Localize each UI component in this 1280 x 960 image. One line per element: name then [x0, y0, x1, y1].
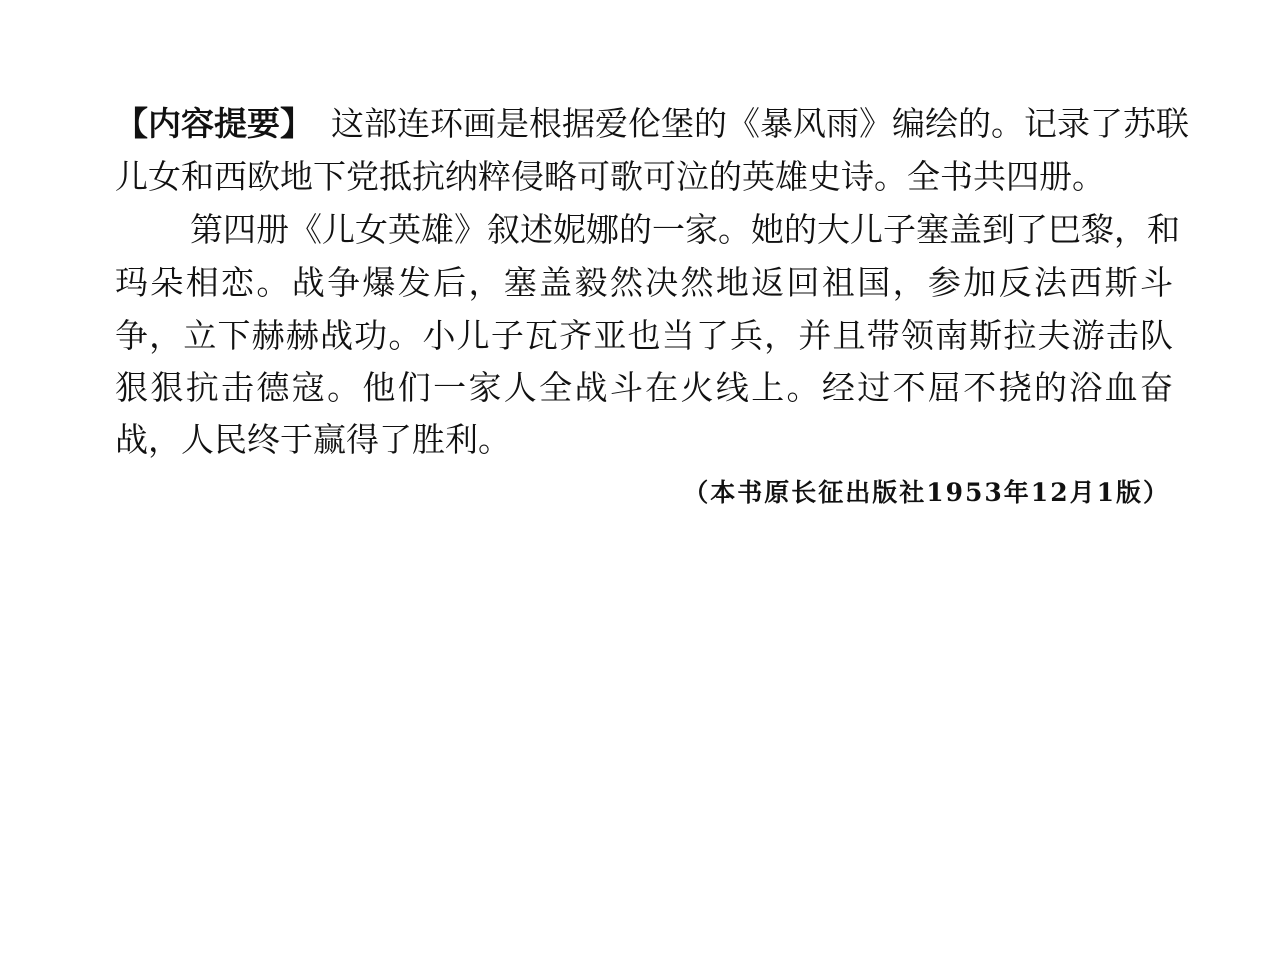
summary-line-5: 争，立下赫赫战功。小儿子瓦齐亚也当了兵，并且带领南斯拉夫游击队: [115, 310, 1173, 362]
summary-line-7: 战，人民终于赢得了胜利。: [115, 414, 1173, 466]
summary-line-6: 狠狠抗击德寇。他们一家人全战斗在火线上。经过不屈不挠的浴血奋: [115, 362, 1173, 414]
summary-text-line-1: 这部连环画是根据爱伦堡的《暴风雨》编绘的。记录了苏联: [331, 104, 1189, 143]
publication-note: （本书原长征出版社1953年12月1版）: [683, 470, 1170, 516]
document-page: 【内容提要】这部连环画是根据爱伦堡的《暴风雨》编绘的。记录了苏联 儿女和西欧地下…: [0, 0, 1280, 960]
summary-line-4: 玛朵相恋。战争爆发后，塞盖毅然决然地返回祖国，参加反法西斯斗: [115, 257, 1173, 309]
summary-line-2: 儿女和西欧地下党抵抗纳粹侵略可歌可泣的英雄史诗。全书共四册。: [115, 151, 1173, 203]
summary-line-3: 第四册《儿女英雄》叙述妮娜的一家。她的大儿子塞盖到了巴黎，和: [115, 204, 1173, 256]
summary-line-1: 【内容提要】这部连环画是根据爱伦堡的《暴风雨》编绘的。记录了苏联: [115, 98, 1173, 150]
summary-heading: 【内容提要】: [115, 104, 313, 143]
